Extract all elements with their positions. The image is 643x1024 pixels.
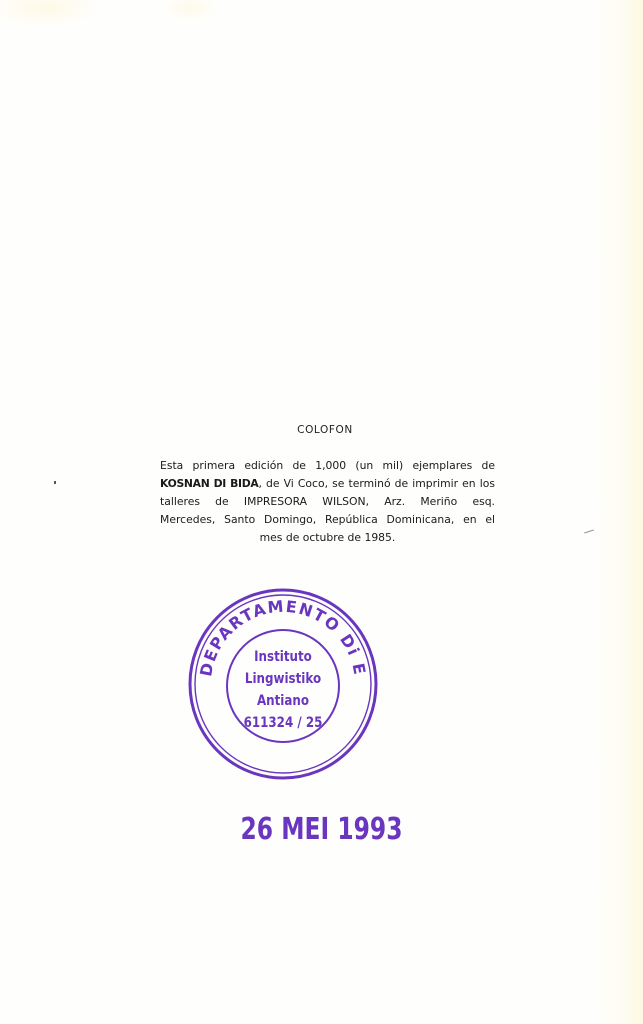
stamp-line: 611324 / 25 (244, 715, 323, 731)
date-stamp: 26 MEI 1993 (71, 812, 573, 847)
stamp-line: Lingwistiko (245, 671, 321, 687)
stamp-line: Antiano (257, 693, 309, 709)
colophon-body: Esta primera edición de 1,000 (un mil) e… (160, 457, 495, 547)
paper-speck (584, 529, 594, 533)
colophon-line: KOSNAN DI BIDA, de Vi Coco, se terminó d… (160, 475, 495, 493)
colophon-title: COLOFON (0, 424, 643, 436)
colophon-line: mes de octubre de 1985. (160, 529, 495, 547)
colophon-line: Mercedes, Santo Domingo, República Domin… (160, 511, 495, 529)
book-title: KOSNAN DI BIDA (160, 477, 258, 490)
colophon-line: talleres de IMPRESORA WILSON, Arz. Meriñ… (160, 493, 495, 511)
stamp-line: Instituto (254, 649, 312, 665)
colophon-line: Esta primera edición de 1,000 (un mil) e… (160, 457, 495, 475)
institution-stamp: DEPARTAMENTO Di ENSEÑANSA Instituto Ling… (186, 586, 380, 782)
paper-speck (54, 481, 56, 484)
